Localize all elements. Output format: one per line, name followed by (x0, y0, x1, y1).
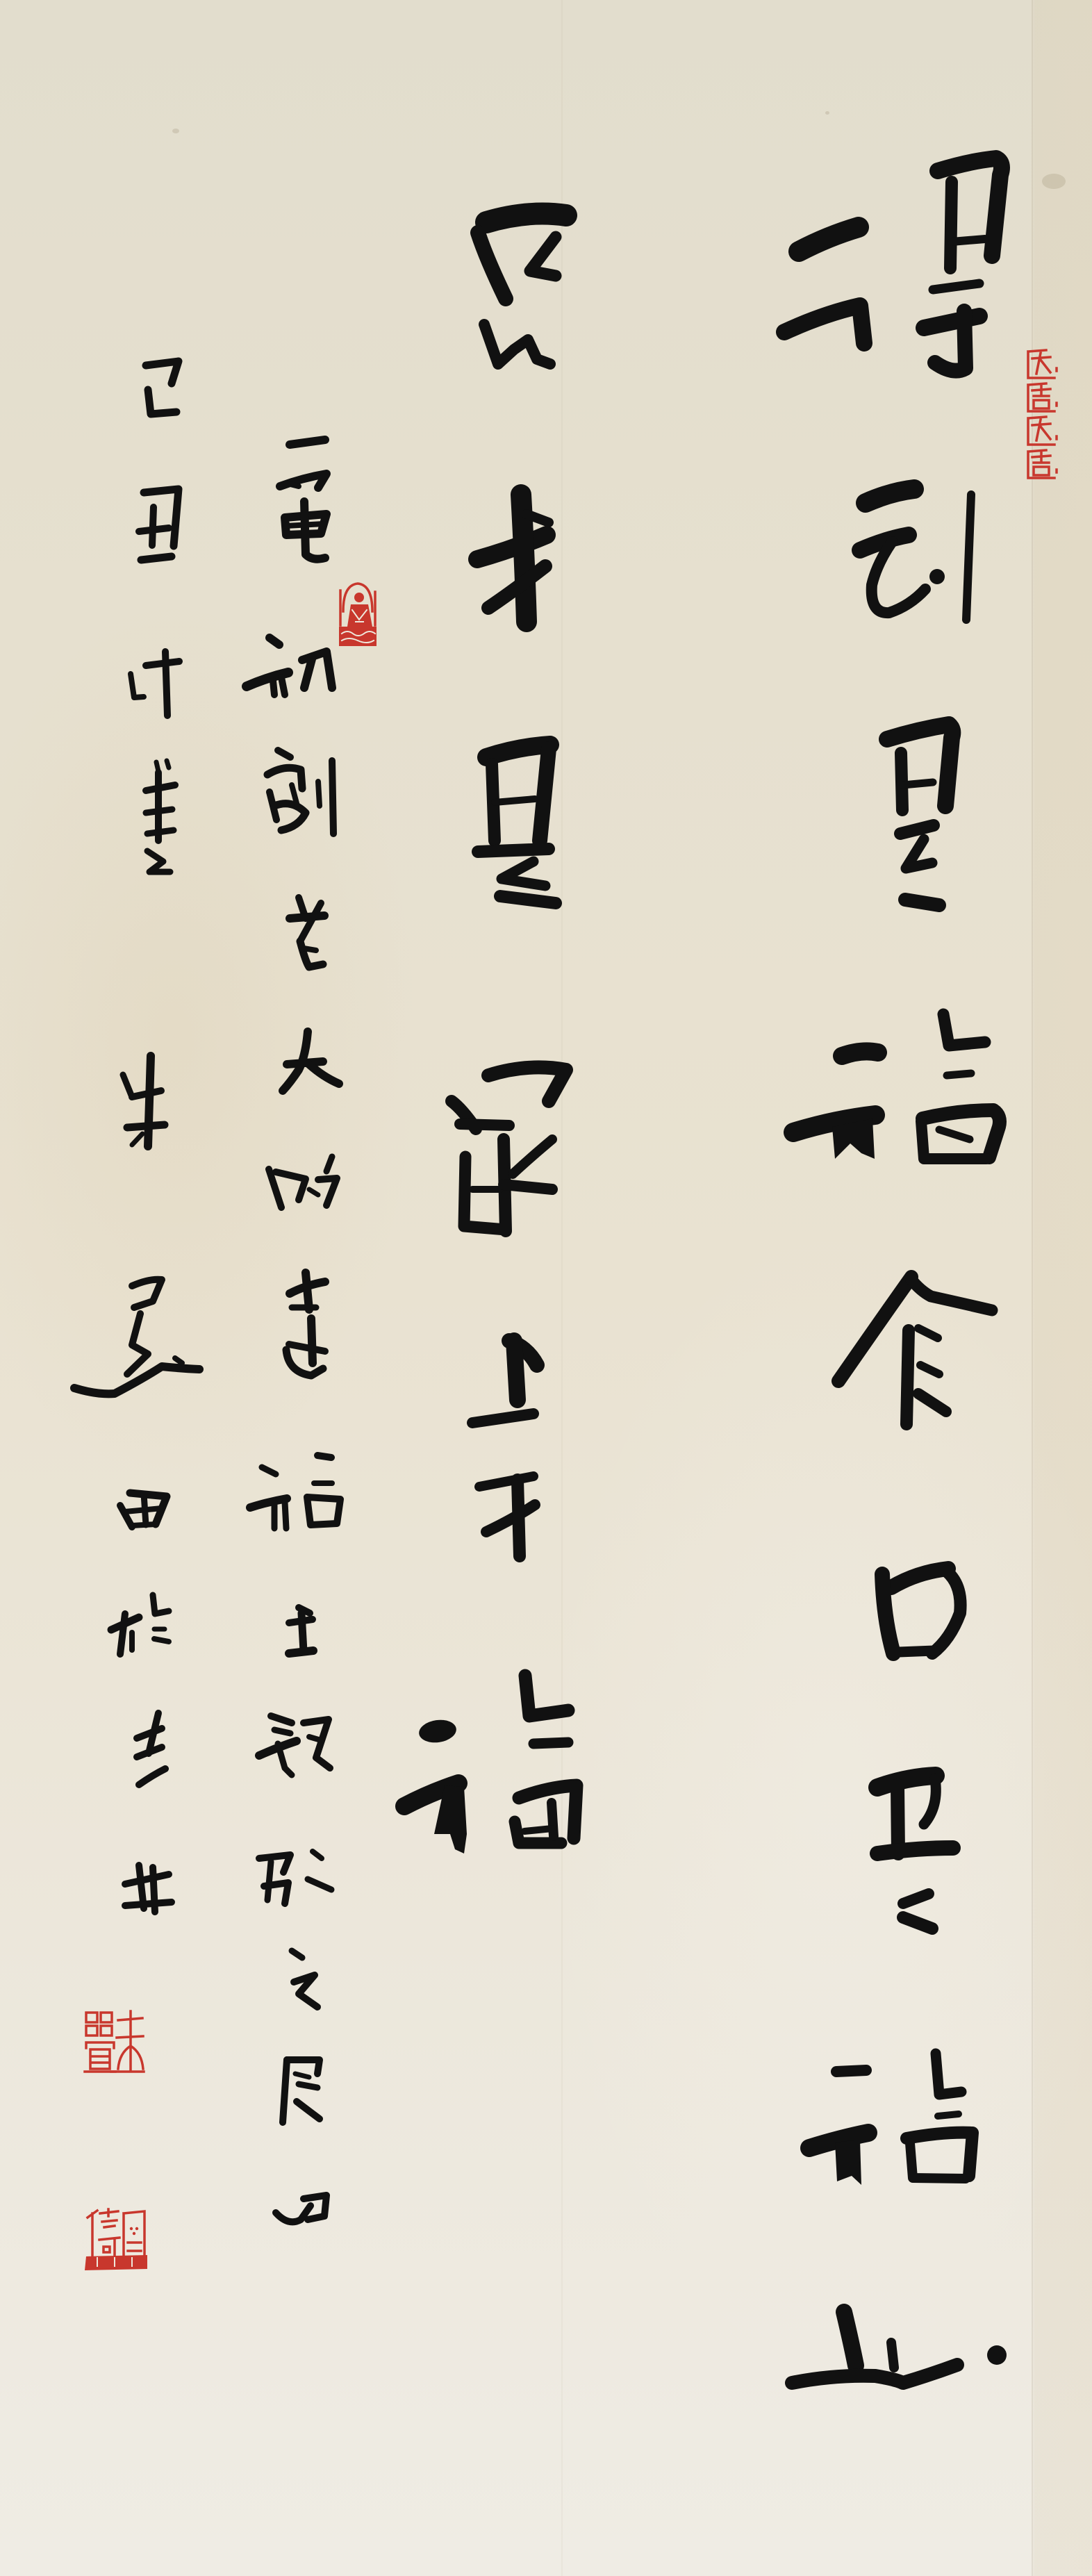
signature-character: 春 (141, 759, 176, 873)
main-text-character: 福 (808, 2049, 975, 2185)
signature-character: 於 (109, 1592, 172, 1658)
dedication-character: 劉 (264, 745, 339, 836)
dedication-character: 大 (281, 1030, 340, 1092)
signature-character: 丑 (137, 486, 181, 567)
main-text-character: 是 (886, 723, 955, 907)
main-text-character: 得 (784, 148, 1006, 346)
buddha-seal-motif: seated Buddha figure (339, 579, 377, 647)
main-text-character: 知 (790, 2306, 1007, 2397)
main-text-character: 才 (476, 490, 551, 629)
studio-seal-text: 倚雲 (83, 2207, 146, 2270)
main-text-character: 福 (402, 1671, 581, 1855)
calligraphy-scroll: 得 到 是 福 舍 得 是 福 知 足 才 是 最 幸 福 電 祝 劉 老 大 … (0, 0, 1092, 2576)
main-text-character: 足 (474, 201, 568, 368)
main-text-character: 得 (881, 1563, 961, 1657)
dedication-character: 影 (257, 1848, 333, 1907)
dedication-character: 電 (278, 434, 330, 563)
dedication-character: 的 (266, 1155, 339, 1209)
signature-character: 林 (125, 1862, 174, 1912)
main-text-character: 是 (875, 1768, 955, 1931)
main-text-character: 幸 (471, 1337, 538, 1556)
signature-character: 朱 (120, 1053, 166, 1147)
leisure-seal-text: 大吉大吉 (1026, 347, 1058, 481)
dedication-character: 福 (249, 1452, 342, 1530)
dedication-character: 題 (257, 1709, 333, 1778)
dedication-character: 之 (288, 1947, 320, 2009)
name-seal-text: 朱疊 (83, 2010, 144, 2072)
dedication-character: 展 (281, 2056, 324, 2126)
main-text-character: 舍 (837, 1275, 993, 1428)
dedication-character: 老 (287, 896, 326, 969)
main-text-character: 最 (450, 1052, 568, 1233)
main-text-character: 福 (792, 1011, 1000, 1160)
dedication-character: 主 (287, 1600, 315, 1657)
main-text-character: 是 (477, 738, 557, 908)
dedication-character: 祝 (245, 634, 335, 696)
main-text-character: 到 (858, 486, 976, 622)
signature-character: 仲 (127, 649, 183, 716)
text-layer: 得 到 是 福 舍 得 是 福 知 足 才 是 最 幸 福 電 祝 劉 老 大 … (0, 0, 1092, 2576)
dedication-character: 出 (273, 2194, 329, 2227)
signature-character: 田 (118, 1487, 169, 1528)
dedication-character: 幸 (283, 1271, 326, 1378)
signature-character: 己 (142, 354, 181, 424)
signature-character: 吉 (132, 1710, 172, 1791)
signature-character: 疊 (72, 1273, 200, 1398)
